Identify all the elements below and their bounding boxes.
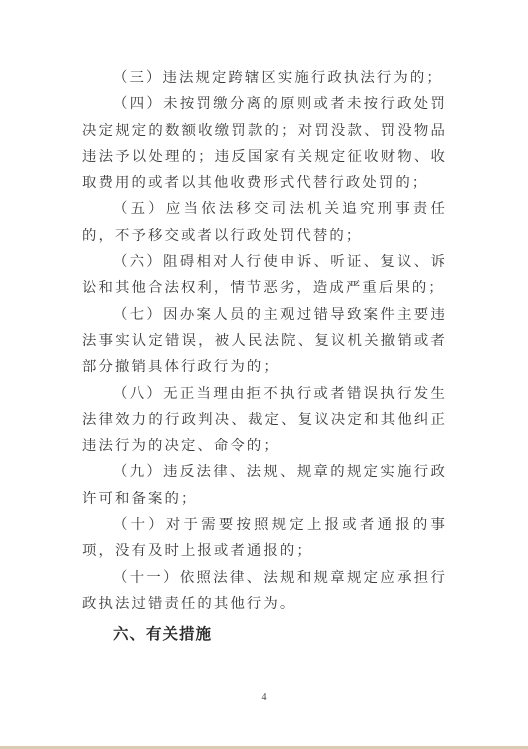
paragraph-item-10: （十）对于需要按照规定上报或者通报的事项，没有及时上报或者通报的；: [82, 512, 447, 565]
paragraph-item-6: （六）阻碍相对人行使申诉、听证、复议、诉讼和其他合法权利，情节恶劣，造成严重后果…: [82, 249, 447, 302]
paragraph-item-3: （三）违法规定跨辖区实施行政执法行为的；: [82, 65, 447, 91]
paragraph-item-5: （五）应当依法移交司法机关追究刑事责任的，不予移交或者以行政处罚代替的；: [82, 196, 447, 249]
document-page: （三）违法规定跨辖区实施行政执法行为的； （四）未按罚缴分离的原则或者未按行政处…: [0, 0, 528, 746]
section-heading: 六、有关措施: [82, 619, 447, 649]
paragraph-item-7: （七）因办案人员的主观过错导致案件主要违法事实认定错误，被人民法院、复议机关撤销…: [82, 302, 447, 381]
paragraph-item-11: （十一）依照法律、法规和规章规定应承担行政执法过错责任的其他行为。: [82, 565, 447, 618]
paragraph-item-4: （四）未按罚缴分离的原则或者未按行政处罚决定规定的数额收缴罚款的；对罚没款、罚没…: [82, 91, 447, 196]
page-content: （三）违法规定跨辖区实施行政执法行为的； （四）未按罚缴分离的原则或者未按行政处…: [82, 65, 447, 649]
page-number: 4: [0, 692, 528, 703]
paragraph-item-9: （九）违反法律、法规、规章的规定实施行政许可和备案的；: [82, 459, 447, 512]
paragraph-item-8: （八）无正当理由拒不执行或者错误执行发生法律效力的行政判决、裁定、复议决定和其他…: [82, 381, 447, 460]
